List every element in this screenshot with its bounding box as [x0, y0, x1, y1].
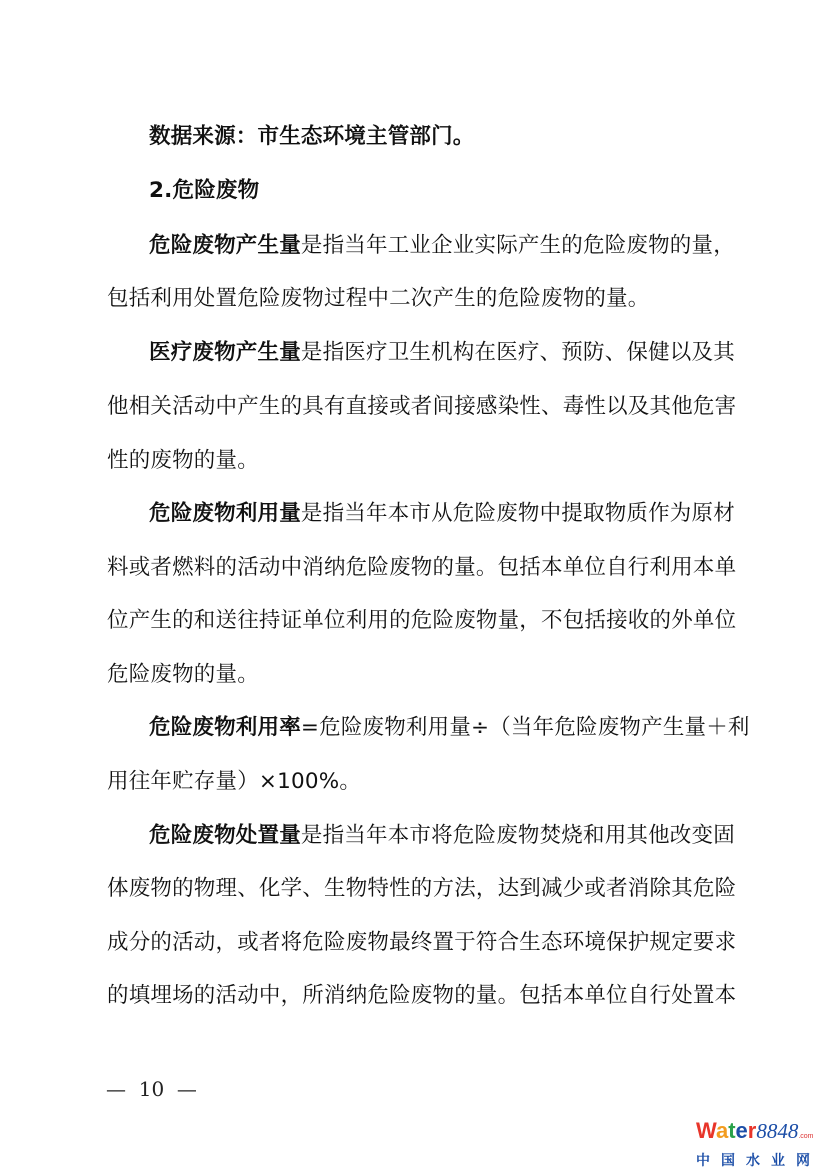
- watermark-letters: Water: [696, 1118, 756, 1143]
- paragraph-5-line-2: 体废物的物理、化学、生物特性的方法，达到减少或者消除其危险: [107, 874, 736, 904]
- paragraph-3-line-4: 危险废物的量。: [107, 660, 259, 690]
- paragraph-1-line-1: 危险废物产生量是指当年工业企业实际产生的危险废物的量，: [149, 231, 735, 261]
- paragraph-5-line-3: 成分的活动，或者将危险废物最终置于符合生态环境保护规定要求: [107, 928, 736, 958]
- section-heading: 2.危险废物: [149, 176, 259, 206]
- paragraph-5-line-1: 危险废物处置量是指当年本市将危险废物焚烧和用其他改变固: [149, 821, 735, 851]
- paragraph-2-line-3: 性的废物的量。: [107, 446, 259, 476]
- paragraph-2-line-2: 他相关活动中产生的具有直接或者间接感染性、毒性以及其他危害: [107, 392, 736, 422]
- term-label: 危险废物利用率: [149, 715, 301, 740]
- term-label: 医疗废物产生量: [149, 340, 301, 365]
- term-label: 危险废物处置量: [149, 823, 301, 848]
- paragraph-4-line-1: 危险废物利用率=危险废物利用量÷（当年危险废物产生量＋利: [149, 713, 750, 743]
- paragraph-5-line-4: 的填埋场的活动中，所消纳危险废物的量。包括本单位自行处置本: [107, 981, 736, 1011]
- data-source-line: 数据来源：市生态环境主管部门。: [149, 122, 475, 152]
- watermark-site-name: 中国水业网: [696, 1150, 821, 1169]
- paragraph-3-line-1: 危险废物利用量是指当年本市从危险废物中提取物质作为原材: [149, 499, 735, 529]
- watermark-number: 8848: [756, 1119, 798, 1143]
- watermark-letter: W: [696, 1118, 716, 1143]
- paragraph-1-line-2: 包括利用处置危险废物过程中二次产生的危险废物的量。: [107, 284, 650, 314]
- watermark-letter: e: [736, 1118, 748, 1143]
- watermark-wordmark: Water8848.com: [696, 1120, 821, 1148]
- paragraph-4-line-2: 用往年贮存量）×100%。: [107, 767, 361, 797]
- paragraph-3-line-3: 位产生的和送往持证单位利用的危险废物量，不包括接收的外单位: [107, 606, 736, 636]
- term-label: 危险废物产生量: [149, 233, 301, 258]
- watermark-logo: Water8848.com 中国水业网: [696, 1120, 821, 1169]
- watermark-letter: t: [728, 1118, 735, 1143]
- paragraph-2-line-1: 医疗废物产生量是指医疗卫生机构在医疗、预防、保健以及其: [149, 338, 735, 368]
- paragraph-3-line-2: 料或者燃料的活动中消纳危险废物的量。包括本单位自行利用本单: [107, 553, 736, 583]
- term-label: 危险废物利用量: [149, 501, 301, 526]
- watermark-suffix: .com: [798, 1133, 813, 1140]
- watermark-letter: a: [716, 1118, 728, 1143]
- page-number: — 10 —: [106, 1077, 197, 1101]
